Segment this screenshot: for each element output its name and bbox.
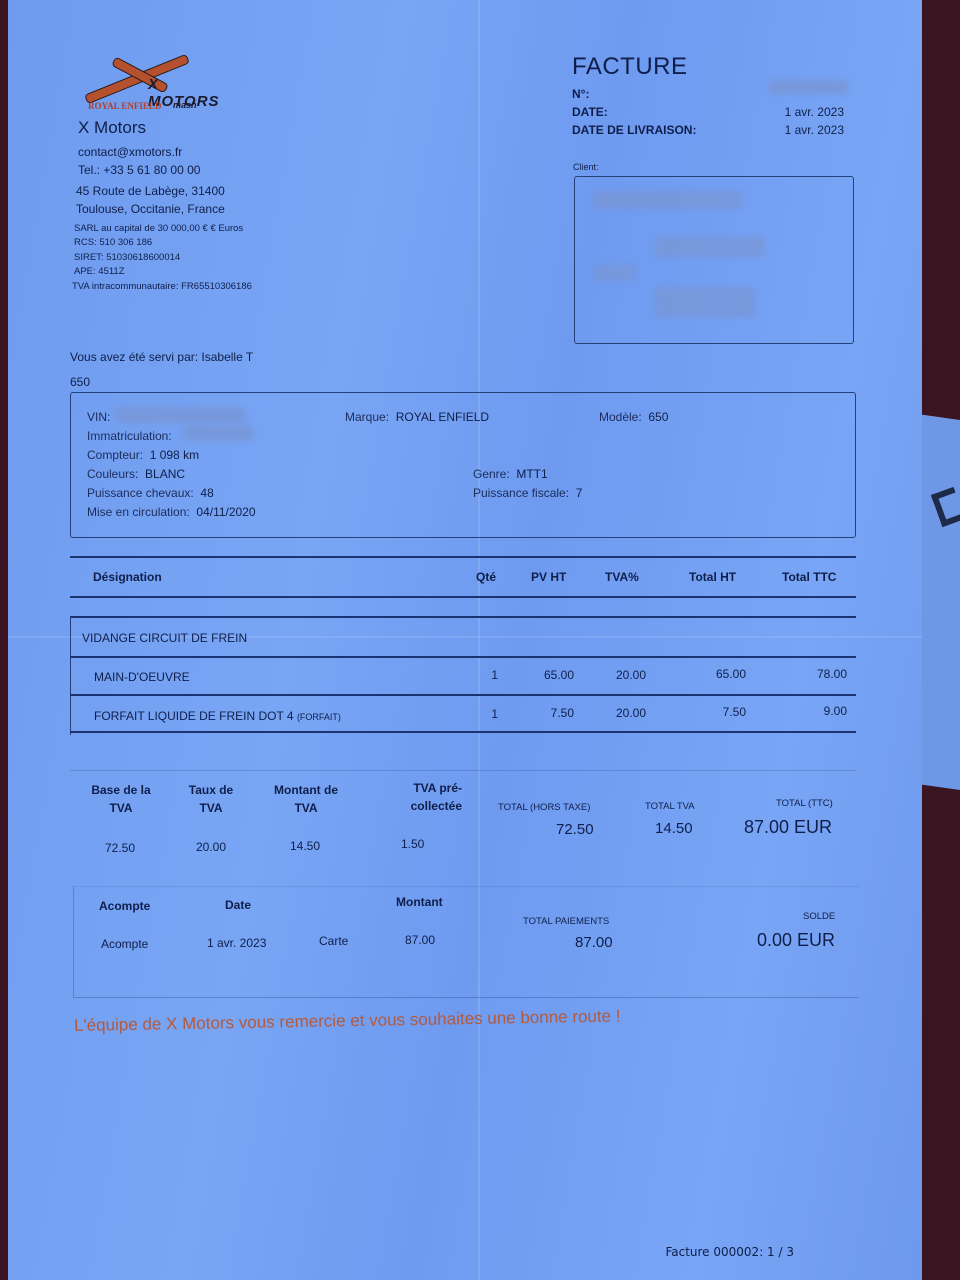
row-qty: 1 — [486, 707, 498, 721]
couleurs-label: Couleurs: — [87, 467, 138, 481]
row-tva: 20.00 — [600, 668, 646, 682]
company-address-line2: Toulouse, Occitanie, France — [76, 202, 225, 216]
total-tva-value: 14.50 — [655, 820, 693, 837]
row-qty: 1 — [486, 668, 498, 682]
page-footer: Facture 000002: 1 / 3 — [665, 1245, 794, 1259]
puissance-fiscale-label: Puissance fiscale: — [473, 486, 569, 500]
background-paper — [920, 414, 960, 795]
tva-precollected-header-text: TVA pré-collectée — [411, 781, 462, 813]
tva-base-header-text: Base de la TVA — [91, 783, 150, 815]
row-designation: FORFAIT LIQUIDE DE FREIN DOT 4 (FORFAIT) — [94, 709, 341, 723]
company-address-line1: 45 Route de Labège, 31400 — [76, 184, 225, 198]
marque-field: Marque: ROYAL ENFIELD — [345, 410, 489, 424]
total-ht-label: TOTAL (HORS TAXE) — [498, 802, 590, 813]
delivery-date-label: DATE DE LIVRAISON: — [572, 123, 696, 137]
tva-amount-header-text: Montant de TVA — [274, 783, 338, 815]
payment-date: 1 avr. 2023 — [207, 936, 266, 950]
col-header-tva: TVA% — [605, 570, 639, 584]
modele-value: 650 — [648, 410, 668, 424]
tva-base-header: Base de la TVA — [82, 781, 160, 817]
puissance-fiscale-field: Puissance fiscale: 7 — [473, 486, 582, 500]
vehicle-model-code: 650 — [70, 375, 90, 389]
redacted-invoice-number — [768, 80, 848, 94]
tva-precollected-header: TVA pré-collectée — [392, 779, 462, 815]
tva-rate-header: Taux de TVA — [176, 781, 246, 817]
tva-amount-value: 14.50 — [290, 839, 320, 853]
modele-label: Modèle: — [599, 410, 642, 424]
table-bottom-rule — [70, 731, 856, 733]
payments-section: Acompte Date Montant Acompte 1 avr. 2023… — [73, 886, 859, 998]
invoice-number-label: N°: — [572, 87, 589, 101]
brand-mash: mash — [173, 100, 197, 110]
genre-value: MTT1 — [516, 467, 547, 481]
col-header-designation: Désignation — [93, 570, 162, 584]
row-divider — [70, 656, 856, 658]
vin-label: VIN: — [87, 410, 110, 424]
row-total-ht: 65.00 — [700, 667, 746, 681]
total-ht-value: 72.50 — [556, 821, 594, 838]
marque-label: Marque: — [345, 410, 389, 424]
row-divider — [70, 694, 856, 696]
solde-label: SOLDE — [803, 911, 835, 922]
modele-field: Modèle: 650 — [599, 410, 668, 424]
row-tva: 20.00 — [600, 706, 646, 720]
redacted-vin — [115, 407, 245, 423]
genre-field: Genre: MTT1 — [473, 467, 548, 481]
row-pv-ht: 7.50 — [528, 706, 574, 720]
brand-royal-enfield: ROYAL ENFIELD — [88, 101, 161, 111]
invoice-date-label: DATE: — [572, 105, 608, 119]
immatriculation-field: Immatriculation: — [87, 429, 172, 443]
col-header-total-ttc: Total TTC — [782, 570, 836, 584]
row-designation: MAIN-D'OEUVRE — [94, 670, 190, 684]
redacted-client-name — [593, 191, 743, 209]
total-payments-label: TOTAL PAIEMENTS — [523, 916, 609, 927]
total-tva-label: TOTAL TVA — [645, 801, 695, 812]
tva-rate-header-text: Taux de TVA — [189, 783, 233, 815]
thank-you-message: L'équipe de X Motors vous remercie et vo… — [74, 1006, 621, 1036]
col-header-qty: Qté — [476, 570, 496, 584]
redacted-client-address — [655, 287, 755, 317]
col-header-pv-ht: PV HT — [531, 570, 566, 584]
row-total-ttc: 9.00 — [801, 704, 847, 718]
tva-rate-value: 20.00 — [196, 840, 226, 854]
invoice-date-value: 1 avr. 2023 — [785, 105, 844, 119]
company-rcs: RCS: 510 306 186 — [74, 237, 152, 248]
company-email: contact@xmotors.fr — [78, 145, 182, 159]
company-ape: APE: 4511Z — [74, 266, 125, 277]
puissance-chevaux-field: Puissance chevaux: 48 — [87, 486, 214, 500]
col-header-total-ht: Total HT — [689, 570, 736, 584]
vehicle-info-box: VIN: Immatriculation: Compteur: 1 098 km… — [70, 392, 856, 538]
solde-value: 0.00 EUR — [757, 930, 835, 951]
redacted-client-address — [655, 237, 765, 257]
row-total-ttc: 78.00 — [801, 667, 847, 681]
company-name: X Motors — [78, 118, 146, 138]
mise-en-circulation-field: Mise en circulation: 04/11/2020 — [87, 505, 256, 519]
immatriculation-label: Immatriculation: — [87, 429, 172, 443]
totals-section: Base de la TVA Taux de TVA Montant de TV… — [70, 770, 856, 880]
couleurs-field: Couleurs: BLANC — [87, 467, 185, 481]
table-top-rule — [70, 556, 856, 558]
puissance-chevaux-label: Puissance chevaux: — [87, 486, 194, 500]
invoice-page: X MOTORS ROYAL ENFIELD mash X Motors con… — [8, 0, 922, 1280]
client-label: Client: — [573, 162, 599, 172]
table-header-rule — [70, 596, 856, 598]
company-tva-intra: TVA intracommunautaire: FR65510306186 — [72, 281, 252, 292]
compteur-value: 1 098 km — [150, 448, 199, 462]
tva-amount-header: Montant de TVA — [266, 781, 346, 817]
redacted-client-address — [595, 265, 635, 281]
tva-base-value: 72.50 — [105, 841, 135, 855]
compteur-label: Compteur: — [87, 448, 143, 462]
item-group-title: VIDANGE CIRCUIT DE FREIN — [82, 631, 247, 645]
row-designation-suffix: (FORFAIT) — [297, 712, 341, 722]
vin-field: VIN: — [87, 410, 110, 424]
company-phone: Tel.: +33 5 61 80 00 00 — [78, 163, 200, 177]
served-by: Vous avez été servi par: Isabelle T — [70, 350, 253, 364]
payment-type-header: Acompte — [99, 899, 150, 913]
mise-en-circulation-label: Mise en circulation: — [87, 505, 190, 519]
total-payments-value: 87.00 — [575, 934, 613, 951]
marque-value: ROYAL ENFIELD — [396, 410, 489, 424]
compteur-field: Compteur: 1 098 km — [87, 448, 199, 462]
row-total-ht: 7.50 — [700, 705, 746, 719]
delivery-date-value: 1 avr. 2023 — [785, 123, 844, 137]
redacted-immatriculation — [183, 425, 253, 441]
puissance-chevaux-value: 48 — [200, 486, 213, 500]
total-ttc-value: 87.00 EUR — [744, 817, 832, 838]
company-siret: SIRET: 51030618600014 — [74, 252, 180, 263]
payment-date-header: Date — [225, 898, 251, 912]
puissance-fiscale-value: 7 — [576, 486, 583, 500]
tva-precollected-value: 1.50 — [401, 837, 424, 851]
invoice-title: FACTURE — [572, 53, 688, 81]
client-box — [574, 176, 854, 344]
payment-amount-header: Montant — [396, 895, 443, 909]
mise-en-circulation-value: 04/11/2020 — [196, 505, 255, 519]
total-ttc-label: TOTAL (TTC) — [776, 798, 833, 809]
payment-amount: 87.00 — [405, 933, 435, 947]
row-designation-text: FORFAIT LIQUIDE DE FREIN DOT 4 — [94, 709, 294, 723]
payment-type: Acompte — [101, 937, 148, 951]
company-logo: X MOTORS ROYAL ENFIELD mash — [80, 52, 230, 114]
genre-label: Genre: — [473, 467, 510, 481]
row-pv-ht: 65.00 — [528, 668, 574, 682]
couleurs-value: BLANC — [145, 467, 185, 481]
company-capital: SARL au capital de 30 000,00 € € Euros — [74, 223, 243, 234]
payment-method: Carte — [319, 934, 348, 948]
